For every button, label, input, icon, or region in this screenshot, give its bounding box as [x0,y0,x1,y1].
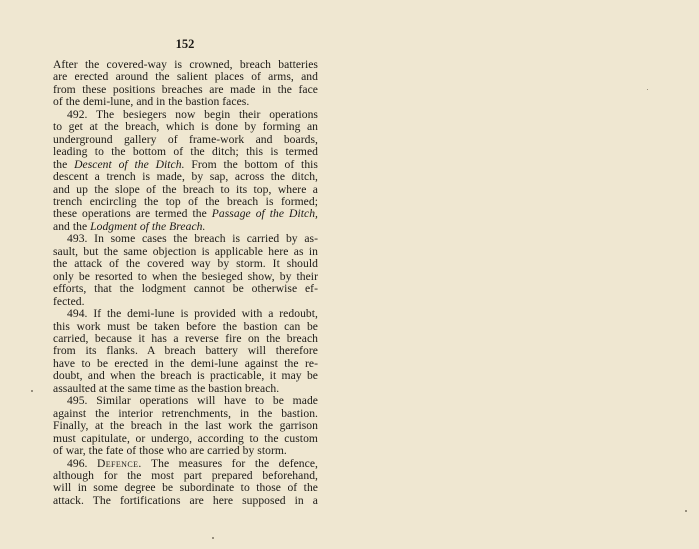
text-segment: 493. In some cases the breach is carried… [67,232,318,245]
text-segment: sault, but the same objection is applica… [53,245,318,258]
text-segment: of war, the fate of those who are carrie… [53,444,287,457]
body-text: After the covered-way is crowned, breach… [53,59,318,507]
text-segment: efforts, that the lodgment cannot be oth… [53,282,318,295]
text-segment: carried, because it has a reverse fire o… [53,332,318,345]
text-segment: against the interior retrenchments, in t… [53,407,318,420]
scan-speck [685,510,687,512]
text-segment: these operations are termed the [53,207,212,220]
text-segment: fected. [53,295,85,308]
text-segment: doubt, and when the breach is practicabl… [53,369,318,382]
text-segment: from these positions breaches are made i… [53,83,318,96]
text-segment: After the covered-way is crowned, breach… [53,58,318,71]
scan-speck [647,89,648,90]
text-segment: although for the most part prepared befo… [53,469,318,482]
italic-term: Lodgment of the Breach. [90,220,205,233]
text-segment: to get at the breach, which is done by f… [53,120,318,133]
text-segment: the [53,158,74,171]
text-segment: The measures for the defence, [142,457,318,470]
text-segment: Finally, at the breach in the last work … [53,419,318,432]
text-segment: from its flanks. A breach battery will t… [53,344,318,357]
text-segment: this work must be taken before the basti… [53,320,318,333]
text-segment: leading to the bottom of the ditch; this… [53,145,318,158]
text-segment: 492. The besiegers now begin their opera… [67,108,318,121]
text-segment: 495. Similar operations will have to be … [67,394,318,407]
text-segment: descent a trench is made, by sap, across… [53,170,318,183]
text-segment: only be resorted to when the besieged sh… [53,270,318,283]
italic-term: Passage of the Ditch, [212,207,318,220]
text-segment: attack. The fortifications are here supp… [53,494,318,507]
text-segment: must capitulate, or undergo, according t… [53,432,318,445]
scan-speck [212,537,214,539]
text-segment: From the bottom of this [185,158,318,171]
text-segment: are erected around the salient places of… [53,70,318,83]
page-number: 152 [53,37,317,51]
text-segment: 494. If the demi-lune is provided with a… [67,307,318,320]
text-segment: assaulted at the same time as the bastio… [53,382,279,395]
scanned-book-page: 152 After the covered-way is crowned, br… [0,0,699,549]
text-line: efforts, that the lodgment cannot be oth… [53,283,318,295]
section-heading: Defence. [97,457,142,470]
text-segment: and up the slope of the breach to its to… [53,183,318,196]
text-segment: will in some degree be subordinate to th… [53,481,318,494]
text-segment: of the demi-lune, and in the bastion fac… [53,95,249,108]
text-segment: 496. [67,457,97,470]
text-line: attack. The fortifications are here supp… [53,495,318,507]
text-segment: and the [53,220,90,233]
italic-term: Descent of the Ditch. [74,158,184,171]
text-segment: have to be erected in the demi-lune agai… [53,357,318,370]
text-segment: the attack of the covered way by storm. … [53,257,318,270]
scan-speck [31,390,33,392]
text-segment: trench encircling the top of the breach … [53,195,318,208]
text-segment: underground gallery of frame-work and bo… [53,133,318,146]
